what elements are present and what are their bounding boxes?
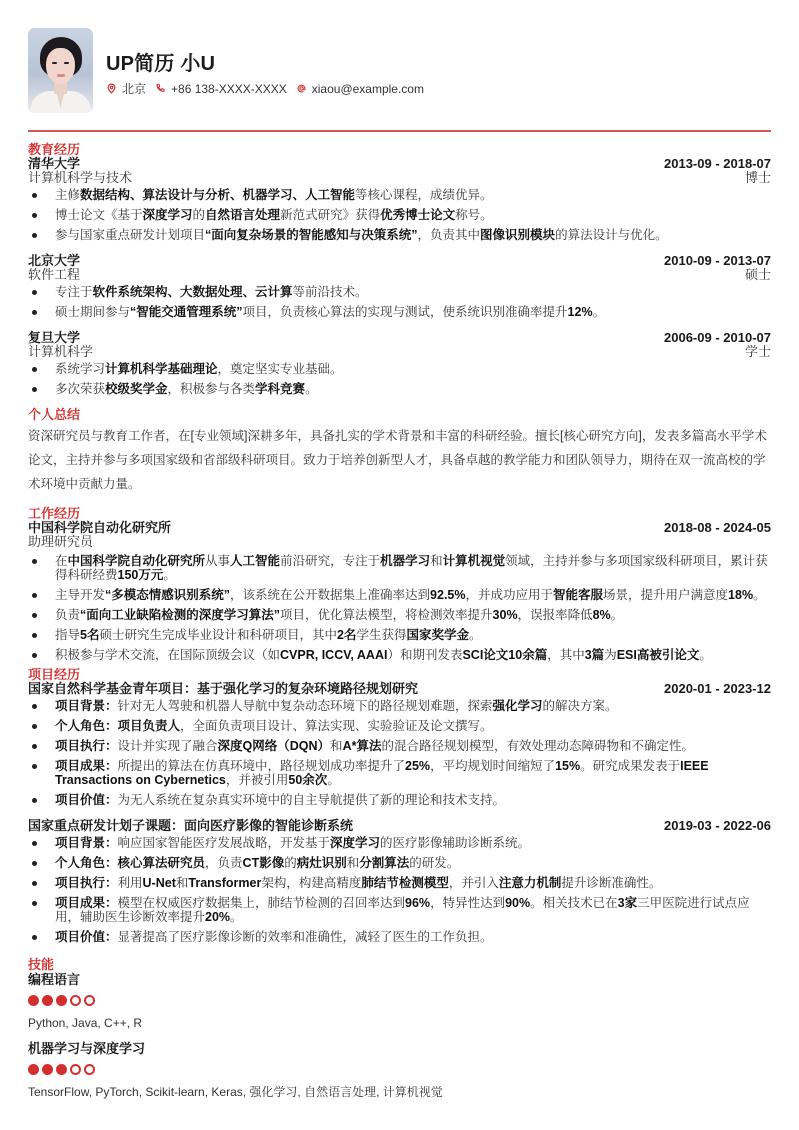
bullet-text: 指导 (55, 628, 80, 642)
entry-subtitle: 助理研究员 (28, 535, 771, 548)
skill-keywords: TensorFlow, PyTorch, Scikit-learn, Keras… (28, 1085, 771, 1099)
bullet-text: 和 (330, 739, 343, 753)
bullet-text: 主修 (55, 188, 80, 202)
entry-degree: 博士 (745, 171, 771, 184)
bullet-text: 。 (469, 628, 482, 642)
bullet-text: 场景，提升用户满意度 (603, 588, 728, 602)
emphasis-text: 计算机科学基础理论 (105, 362, 218, 376)
contact-location: 北京 (106, 80, 146, 97)
rating-dot-empty-icon (84, 1064, 95, 1075)
emphasis-text: 项目价值： (55, 930, 118, 944)
bullet-item: 参与国家重点研发计划项目“面向复杂场景的智能感知与决策系统”，负责其中图像识别模… (28, 228, 771, 242)
bullet-text: ，积极参与各类 (168, 382, 256, 396)
map-pin-icon (106, 83, 117, 94)
entry-date: 2018-08 - 2024-05 (664, 521, 771, 535)
bullet-text: 。 (230, 910, 243, 924)
bullet-text: 称号。 (455, 208, 493, 222)
emphasis-text: 150万元 (118, 568, 164, 582)
summary-text: 资深研究员与教育工作者，在[专业领域]深耕多年，具备扎实的学术背景和丰富的科研经… (28, 424, 771, 496)
emphasis-text: 深度学习 (330, 836, 380, 850)
school-name: 北京大学 (28, 254, 80, 268)
emphasis-text: 注意力机制 (499, 876, 562, 890)
bullet-text: 项目，优化算法模型，将检测效率提升 (280, 608, 493, 622)
bullet-item: 项目成果：模型在权威医疗数据集上，肺结节检测的召回率达到96%，特异性达到90%… (28, 896, 771, 924)
bullet-item: 项目执行：设计并实现了融合深度Q网络（DQN）和A*算法的混合路径规划模型，有效… (28, 739, 771, 753)
emphasis-text: “多模态情感识别系统” (105, 588, 230, 602)
bullet-text: 博士论文《基于 (55, 208, 143, 222)
resume-header: UP简历 小U 北京 +86 138-XXXX-XXXX xiaou@examp… (0, 0, 799, 131)
skill-keywords: Python, Java, C++, R (28, 1016, 771, 1030)
bullet-text: 的混合路径规划模型，有效处理动态障碍物和不确定性。 (381, 739, 694, 753)
emphasis-text: “面向复杂场景的智能感知与决策系统” (205, 228, 418, 242)
bullet-text: 硕士期间参与 (55, 305, 130, 319)
entry-degree: 硕士 (745, 268, 771, 281)
work-entry: 中国科学院自动化研究所2018-08 - 2024-05助理研究员在中国科学院自… (28, 521, 771, 662)
school-name: 复旦大学 (28, 331, 80, 345)
emphasis-text: 25% (405, 759, 430, 773)
rating-dot-empty-icon (70, 995, 81, 1006)
entry-date: 2010-09 - 2013-07 (664, 254, 771, 268)
bullet-text: ，全面负责项目设计、算法实现、实验验证及论文撰写。 (180, 719, 493, 733)
project-name: 国家自然科学基金青年项目：基于强化学习的复杂环境路径规划研究 (28, 682, 418, 696)
bullet-text: 利用 (118, 876, 143, 890)
emphasis-text: 自然语言处理 (205, 208, 280, 222)
emphasis-text: 项目成果： (55, 896, 118, 910)
emphasis-text: 智能客服 (553, 588, 603, 602)
emphasis-text: 8% (593, 608, 611, 622)
emphasis-text: 机器学习 (380, 554, 430, 568)
section-title-skills: 技能 (28, 958, 771, 972)
emphasis-text: U-Net (143, 876, 176, 890)
bullet-item: 项目背景：针对无人驾驶和机器人导航中复杂动态环境下的路径规划难题，探索强化学习的… (28, 699, 771, 713)
rating-dot-filled-icon (42, 995, 53, 1006)
entry-degree: 学士 (745, 345, 771, 358)
bullet-text: 。 (593, 305, 606, 319)
bullet-text: 。相关技术已在 (530, 896, 618, 910)
emphasis-text: ESI高被引论文 (617, 648, 700, 662)
emphasis-text: 50余次 (288, 773, 327, 787)
bullet-text: 的 (193, 208, 206, 222)
bullet-text: 和 (430, 554, 443, 568)
profile-photo (28, 28, 93, 113)
at-sign-icon (296, 83, 307, 94)
entry-header: 国家重点研发计划子课题：面向医疗影像的智能诊断系统2019-03 - 2022-… (28, 819, 771, 833)
project-entry: 国家重点研发计划子课题：面向医疗影像的智能诊断系统2019-03 - 2022-… (28, 819, 771, 944)
bullet-text: 在 (55, 554, 68, 568)
rating-dot-empty-icon (84, 995, 95, 1006)
emphasis-text: 15% (555, 759, 580, 773)
emphasis-text: 90% (505, 896, 530, 910)
entry-subtitle-left: 软件工程 (28, 268, 80, 281)
skill-level-rating (28, 1064, 771, 1075)
bullet-text: ，并成功应用于 (466, 588, 554, 602)
bullet-text: ，其中 (547, 648, 585, 662)
bullet-text: 。 (327, 773, 340, 787)
emphasis-text: 3家 (618, 896, 637, 910)
bullet-text: 。 (753, 588, 766, 602)
entry-subtitle-left: 计算机科学 (28, 345, 93, 358)
emphasis-text: 软件系统架构、大数据处理、云计算 (93, 285, 293, 299)
bullet-text: 提升诊断准确性。 (561, 876, 661, 890)
phone-icon (155, 83, 166, 94)
bullet-text: 硕士研究生完成毕业设计和科研项目，其中 (99, 628, 337, 642)
rating-dot-filled-icon (56, 995, 67, 1006)
emphasis-text: 人工智能 (230, 554, 280, 568)
bullet-text: 。 (611, 608, 624, 622)
emphasis-text: 项目成果： (55, 759, 118, 773)
bullet-text: 所提出的算法在仿真环境中，路径规划成功率提升了 (118, 759, 406, 773)
bullet-text: 。研究成果发表于 (580, 759, 680, 773)
bullet-text: ）和期刊发表 (387, 648, 462, 662)
bullet-text: 设计并实现了融合 (118, 739, 218, 753)
bullet-text: 为无人系统在复杂真实环境中的自主导航提供了新的理论和技术支持。 (118, 793, 506, 807)
bullet-text: 针对无人驾驶和机器人导航中复杂动态环境下的路径规划难题，探索 (118, 699, 493, 713)
bullet-list: 系统学习计算机科学基础理论，奠定坚实专业基础。多次荣获校级奖学金，积极参与各类学… (28, 362, 771, 396)
emphasis-text: 分割算法 (359, 856, 409, 870)
skill-name: 机器学习与深度学习 (28, 1042, 771, 1056)
skill-name: 编程语言 (28, 973, 771, 987)
skill-entry: 机器学习与深度学习TensorFlow, PyTorch, Scikit-lea… (28, 1042, 771, 1099)
emphasis-text: 项目执行： (55, 739, 118, 753)
rating-dot-filled-icon (56, 1064, 67, 1075)
education-entry: 北京大学2010-09 - 2013-07软件工程硕士专注于软件系统架构、大数据… (28, 254, 771, 319)
bullet-text: 等核心课程，成绩优异。 (355, 188, 493, 202)
bullet-text: 从事 (205, 554, 230, 568)
bullet-text: 参与国家重点研发计划项目 (55, 228, 205, 242)
emphasis-text: 数据结构、算法设计与分析、机器学习、人工智能 (80, 188, 355, 202)
rating-dot-empty-icon (70, 1064, 81, 1075)
entry-subtitle: 计算机科学学士 (28, 345, 771, 358)
entry-header: 国家自然科学基金青年项目：基于强化学习的复杂环境路径规划研究2020-01 - … (28, 682, 771, 696)
emphasis-text: 核心算法研究员 (118, 856, 206, 870)
bullet-text: 等前沿技术。 (293, 285, 368, 299)
emphasis-text: CVPR, ICCV, AAAI (280, 648, 387, 662)
bullet-text: 的医疗影像辅助诊断系统。 (380, 836, 530, 850)
emphasis-text: “面向工业缺陷检测的深度学习算法” (80, 608, 280, 622)
rating-dot-filled-icon (28, 1064, 39, 1075)
emphasis-text: 2名 (337, 628, 356, 642)
bullet-list: 项目背景：针对无人驾驶和机器人导航中复杂动态环境下的路径规划难题，探索强化学习的… (28, 699, 771, 807)
bullet-item: 项目背景：响应国家智能医疗发展战略，开发基于深度学习的医疗影像辅助诊断系统。 (28, 836, 771, 850)
bullet-item: 指导5名硕士研究生完成毕业设计和科研项目，其中2名学生获得国家奖学金。 (28, 628, 771, 642)
skill-level-rating (28, 995, 771, 1006)
entry-subtitle-left: 助理研究员 (28, 535, 93, 548)
emphasis-text: 12% (568, 305, 593, 319)
bullet-item: 多次荣获校级奖学金，积极参与各类学科竞赛。 (28, 382, 771, 396)
entry-date: 2019-03 - 2022-06 (664, 819, 771, 833)
bullet-list: 项目背景：响应国家智能医疗发展战略，开发基于深度学习的医疗影像辅助诊断系统。个人… (28, 836, 771, 944)
projects-section: 项目经历 国家自然科学基金青年项目：基于强化学习的复杂环境路径规划研究2020-… (28, 668, 771, 944)
bullet-list: 在中国科学院自动化研究所从事人工智能前沿研究，专注于机器学习和计算机视觉领域，主… (28, 554, 771, 662)
bullet-text: 显著提高了医疗影像诊断的效率和准确性，减轻了医生的工作负担。 (118, 930, 493, 944)
entry-header: 清华大学2013-09 - 2018-07 (28, 157, 771, 171)
bullet-text: 负责 (55, 608, 80, 622)
bullet-text: 为 (604, 648, 617, 662)
bullet-item: 硕士期间参与“智能交通管理系统”项目，负责核心算法的实现与测试，使系统识别准确率… (28, 305, 771, 319)
bullet-item: 项目执行：利用U-Net和Transformer架构，构建高精度肺结节检测模型，… (28, 876, 771, 890)
emphasis-text: CT影像 (243, 856, 285, 870)
skill-entry: 编程语言Python, Java, C++, R (28, 973, 771, 1030)
entry-header: 复旦大学2006-09 - 2010-07 (28, 331, 771, 345)
bullet-item: 负责“面向工业缺陷检测的深度学习算法”项目，优化算法模型，将检测效率提升30%，… (28, 608, 771, 622)
entry-header: 中国科学院自动化研究所2018-08 - 2024-05 (28, 521, 771, 535)
bullet-text: 。 (305, 382, 318, 396)
bullet-item: 主导开发“多模态情感识别系统”，该系统在公开数据集上准确率达到92.5%，并成功… (28, 588, 771, 602)
bullet-text: 项目，负责核心算法的实现与测试，使系统识别准确率提升 (243, 305, 568, 319)
bullet-text: 系统学习 (55, 362, 105, 376)
bullet-item: 积极参与学术交流，在国际顶级会议（如CVPR, ICCV, AAAI）和期刊发表… (28, 648, 771, 662)
contact-email[interactable]: xiaou@example.com (296, 82, 424, 96)
emphasis-text: 病灶识别 (297, 856, 347, 870)
entry-header: 北京大学2010-09 - 2013-07 (28, 254, 771, 268)
skills-section: 技能 编程语言Python, Java, C++, R机器学习与深度学习Tens… (28, 958, 771, 1099)
bullet-item: 在中国科学院自动化研究所从事人工智能前沿研究，专注于机器学习和计算机视觉领域，主… (28, 554, 771, 582)
emphasis-text: “智能交通管理系统” (130, 305, 243, 319)
emphasis-text: 优秀博士论文 (380, 208, 455, 222)
emphasis-text: 30% (493, 608, 518, 622)
bullet-text: ，负责 (205, 856, 243, 870)
emphasis-text: 深度Q网络（DQN） (218, 739, 331, 753)
emphasis-text: SCI论文10余篇 (462, 648, 547, 662)
bullet-text: 的研发。 (409, 856, 459, 870)
emphasis-text: 3篇 (585, 648, 604, 662)
rating-dot-filled-icon (42, 1064, 53, 1075)
emphasis-text: Transformer (188, 876, 261, 890)
bullet-list: 主修数据结构、算法设计与分析、机器学习、人工智能等核心课程，成绩优异。博士论文《… (28, 188, 771, 242)
emphasis-text: 项目背景： (55, 699, 118, 713)
bullet-text: ，并引入 (449, 876, 499, 890)
bullet-text: 。 (699, 648, 712, 662)
emphasis-text: 学科竞赛 (255, 382, 305, 396)
emphasis-text: 5名 (80, 628, 99, 642)
bullet-item: 主修数据结构、算法设计与分析、机器学习、人工智能等核心课程，成绩优异。 (28, 188, 771, 202)
entry-subtitle: 计算机科学与技术博士 (28, 171, 771, 184)
organization-name: 中国科学院自动化研究所 (28, 521, 171, 535)
summary-section: 个人总结 资深研究员与教育工作者，在[专业领域]深耕多年，具备扎实的学术背景和丰… (28, 408, 771, 496)
entry-subtitle: 软件工程硕士 (28, 268, 771, 281)
bullet-text: ，负责其中 (418, 228, 481, 242)
section-title-work: 工作经历 (28, 507, 771, 521)
bullet-text: ，误报率降低 (518, 608, 593, 622)
emphasis-text: 深度学习 (143, 208, 193, 222)
bullet-text: 学生获得 (356, 628, 406, 642)
emphasis-text: 个人角色： (55, 719, 118, 733)
emphasis-text: 国家奖学金 (406, 628, 469, 642)
bullet-text: 的解决方案。 (543, 699, 618, 713)
bullet-text: ，该系统在公开数据集上准确率达到 (230, 588, 430, 602)
bullet-text: 和 (347, 856, 360, 870)
entry-date: 2006-09 - 2010-07 (664, 331, 771, 345)
emphasis-text: A*算法 (343, 739, 382, 753)
bullet-text: ，并被引用 (226, 773, 289, 787)
resume-body: 教育经历 清华大学2013-09 - 2018-07计算机科学与技术博士主修数据… (28, 143, 771, 1099)
bullet-item: 专注于软件系统架构、大数据处理、云计算等前沿技术。 (28, 285, 771, 299)
bullet-text: 积极参与学术交流，在国际顶级会议（如 (55, 648, 280, 662)
bullet-text: ，平均规划时间缩短了 (430, 759, 555, 773)
bullet-text: ，特异性达到 (430, 896, 505, 910)
candidate-name: UP简历 小U (106, 47, 215, 76)
emphasis-text: 项目价值： (55, 793, 118, 807)
bullet-text: 主导开发 (55, 588, 105, 602)
contact-phone: +86 138-XXXX-XXXX (155, 82, 287, 96)
bullet-item: 项目价值：显著提高了医疗影像诊断的效率和准确性，减轻了医生的工作负担。 (28, 930, 771, 944)
entry-date: 2020-01 - 2023-12 (664, 682, 771, 696)
bullet-text: 架构，构建高精度 (261, 876, 361, 890)
education-section: 教育经历 清华大学2013-09 - 2018-07计算机科学与技术博士主修数据… (28, 143, 771, 396)
emphasis-text: 项目执行： (55, 876, 118, 890)
header-divider (28, 130, 771, 132)
bullet-item: 个人角色：核心算法研究员，负责CT影像的病灶识别和分割算法的研发。 (28, 856, 771, 870)
bullet-text: 模型在权威医疗数据集上，肺结节检测的召回率达到 (118, 896, 406, 910)
emphasis-text: 92.5% (430, 588, 465, 602)
emphasis-text: 强化学习 (493, 699, 543, 713)
bullet-text: 专注于 (55, 285, 93, 299)
emphasis-text: 校级奖学金 (105, 382, 168, 396)
bullet-item: 项目价值：为无人系统在复杂真实环境中的自主导航提供了新的理论和技术支持。 (28, 793, 771, 807)
emphasis-text: 96% (405, 896, 430, 910)
emphasis-text: 计算机视觉 (443, 554, 506, 568)
emphasis-text: 肺结节检测模型 (361, 876, 449, 890)
education-entry: 复旦大学2006-09 - 2010-07计算机科学学士系统学习计算机科学基础理… (28, 331, 771, 396)
section-title-projects: 项目经历 (28, 668, 771, 682)
emphasis-text: 20% (205, 910, 230, 924)
bullet-text: 前沿研究，专注于 (280, 554, 380, 568)
rating-dot-filled-icon (28, 995, 39, 1006)
education-entry: 清华大学2013-09 - 2018-07计算机科学与技术博士主修数据结构、算法… (28, 157, 771, 242)
contact-info: 北京 +86 138-XXXX-XXXX xiaou@example.com (106, 80, 433, 97)
bullet-text: 。 (163, 568, 176, 582)
bullet-list: 专注于软件系统架构、大数据处理、云计算等前沿技术。硕士期间参与“智能交通管理系统… (28, 285, 771, 319)
bullet-text: 和 (176, 876, 189, 890)
bullet-text: 的算法设计与优化。 (555, 228, 668, 242)
bullet-text: 新范式研究》获得 (280, 208, 380, 222)
bullet-item: 个人角色：项目负责人，全面负责项目设计、算法实现、实验验证及论文撰写。 (28, 719, 771, 733)
emphasis-text: 项目负责人 (118, 719, 181, 733)
project-entry: 国家自然科学基金青年项目：基于强化学习的复杂环境路径规划研究2020-01 - … (28, 682, 771, 807)
section-title-summary: 个人总结 (28, 408, 771, 422)
entry-subtitle-left: 计算机科学与技术 (28, 171, 132, 184)
bullet-item: 项目成果：所提出的算法在仿真环境中，路径规划成功率提升了25%，平均规划时间缩短… (28, 759, 771, 787)
bullet-text: 的 (284, 856, 297, 870)
emphasis-text: 18% (728, 588, 753, 602)
bullet-text: ，奠定坚实专业基础。 (218, 362, 343, 376)
school-name: 清华大学 (28, 157, 80, 171)
emphasis-text: 中国科学院自动化研究所 (68, 554, 206, 568)
emphasis-text: 项目背景： (55, 836, 118, 850)
bullet-text: 多次荣获 (55, 382, 105, 396)
bullet-item: 系统学习计算机科学基础理论，奠定坚实专业基础。 (28, 362, 771, 376)
emphasis-text: 图像识别模块 (480, 228, 555, 242)
project-name: 国家重点研发计划子课题：面向医疗影像的智能诊断系统 (28, 819, 353, 833)
emphasis-text: 个人角色： (55, 856, 118, 870)
work-section: 工作经历 中国科学院自动化研究所2018-08 - 2024-05助理研究员在中… (28, 507, 771, 662)
bullet-text: 响应国家智能医疗发展战略，开发基于 (118, 836, 331, 850)
entry-date: 2013-09 - 2018-07 (664, 157, 771, 171)
section-title-education: 教育经历 (28, 143, 771, 157)
bullet-item: 博士论文《基于深度学习的自然语言处理新范式研究》获得优秀博士论文称号。 (28, 208, 771, 222)
